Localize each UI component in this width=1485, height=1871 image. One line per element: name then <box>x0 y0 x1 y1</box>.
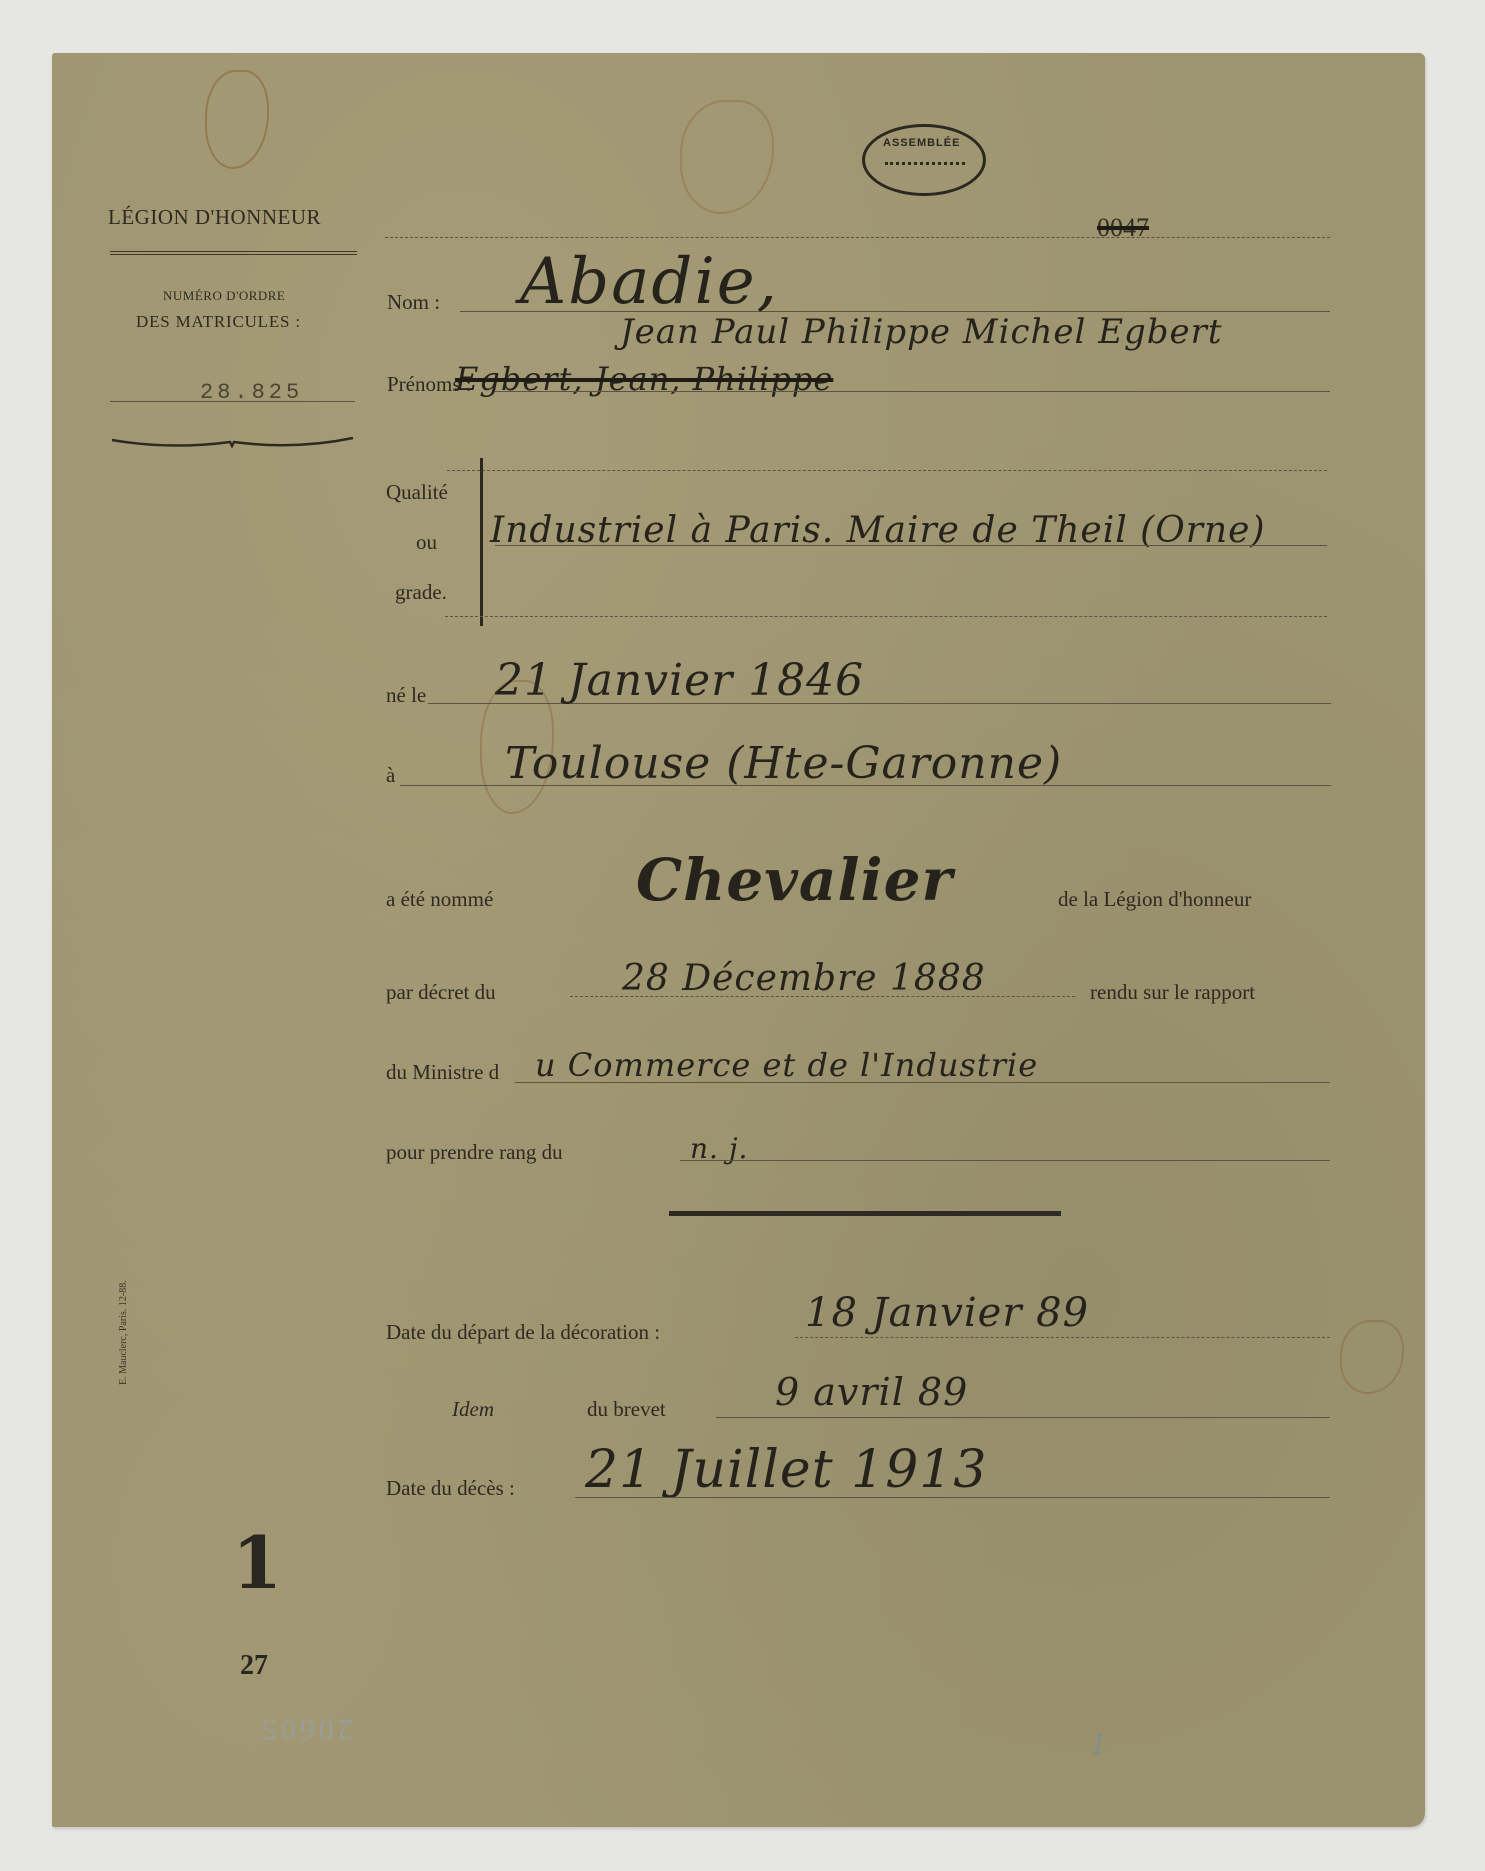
rank-title: Chevalier <box>636 846 953 914</box>
folio-number: 27 <box>240 1650 268 1682</box>
rang-rule <box>680 1160 1330 1161</box>
nomination-prefix: a été nommé <box>386 887 493 912</box>
pencil-mark: 1 <box>1090 1725 1106 1762</box>
legion-title: LÉGION D'HONNEUR <box>108 205 321 230</box>
lieu-value: Toulouse (Hte-Garonne) <box>505 738 1062 789</box>
nomination-suffix: de la Légion d'honneur <box>1058 887 1251 912</box>
qualite-rule-top <box>447 470 1327 471</box>
ministre-rule <box>515 1082 1330 1083</box>
order-label-line2: DES MATRICULES : <box>136 312 301 332</box>
top-rule <box>385 237 1330 238</box>
ministre-value: u Commerce et de l'Industrie <box>535 1046 1038 1084</box>
qualite-bracket <box>480 458 483 626</box>
prenoms-value: Jean Paul Philippe Michel Egbert <box>620 312 1223 352</box>
depart-label: Date du départ de la décoration : <box>386 1320 660 1345</box>
decret-value: 28 Décembre 1888 <box>622 958 986 999</box>
depart-rule <box>795 1337 1330 1338</box>
deces-label: Date du décès : <box>386 1476 515 1501</box>
ink-stamp: ASSEMBLÉE <box>862 124 986 196</box>
qualite-label-2: ou <box>416 530 437 555</box>
ornamental-flourish <box>110 432 355 452</box>
box-number: 1 <box>232 1520 282 1605</box>
brevet-rule <box>716 1417 1330 1418</box>
qualite-label-3: grade. <box>395 580 447 605</box>
prenoms-struck-value: Egbert, Jean, Philippe <box>455 360 833 398</box>
nom-value: Abadie, <box>520 245 779 319</box>
brevet-label: du brevet <box>587 1397 666 1422</box>
title-double-rule <box>110 251 357 255</box>
ne-le-label: né le <box>386 683 426 708</box>
decret-label: par décret du <box>386 980 496 1005</box>
qualite-rule-mid <box>495 545 1327 546</box>
section-divider <box>669 1211 1061 1216</box>
stamp-dots <box>885 162 965 165</box>
order-label-line1: NUMÉRO D'ORDRE <box>163 288 285 304</box>
ne-le-value: 21 Janvier 1846 <box>495 655 864 706</box>
ministre-label: du Ministre d <box>386 1060 499 1085</box>
printer-mark: E. Mauclerc, Paris. 12-88. <box>118 1280 129 1385</box>
qualite-label-1: Qualité <box>386 480 448 505</box>
brevet-idem-label: Idem <box>452 1397 494 1422</box>
matricule-rule <box>110 401 355 402</box>
lieu-label: à <box>386 763 395 788</box>
nom-label: Nom : <box>387 290 440 315</box>
deces-value: 21 Juillet 1913 <box>585 1440 987 1500</box>
brevet-value: 9 avril 89 <box>775 1370 968 1414</box>
deces-rule <box>575 1497 1330 1498</box>
prenoms-rule <box>495 391 1330 392</box>
pencil-number: 20605 <box>258 1712 353 1746</box>
decret-suffix: rendu sur le rapport <box>1090 980 1255 1005</box>
stamp-text: ASSEMBLÉE <box>883 137 960 149</box>
qualite-rule-bottom <box>445 616 1327 617</box>
corner-number: 0047 <box>1097 213 1149 243</box>
depart-value: 18 Janvier 89 <box>805 1290 1089 1336</box>
rang-label: pour prendre rang du <box>386 1140 563 1165</box>
